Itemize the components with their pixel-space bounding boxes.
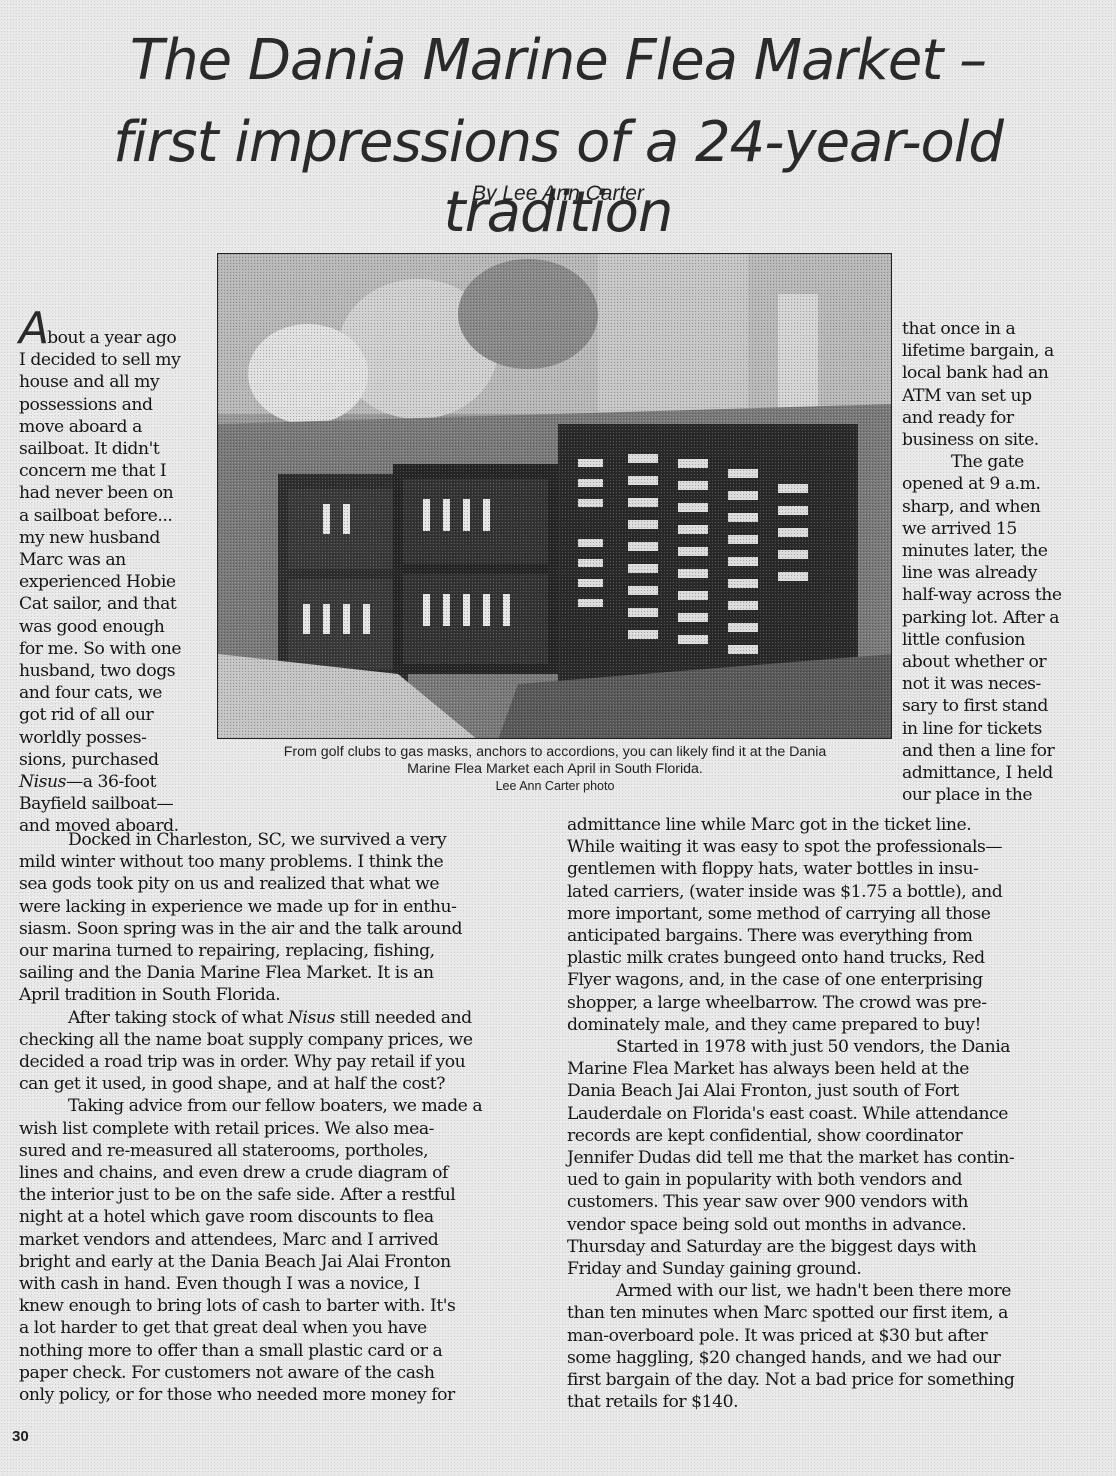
text-line: wish list complete with retail prices. W… [19, 1118, 549, 1140]
column-right-wide: admittance line while Marc got in the ti… [567, 814, 1107, 1413]
text-line: house and all my [19, 371, 219, 393]
text-line: were lacking in experience we made up fo… [19, 896, 549, 918]
text-line: bright and early at the Dania Beach Jai … [19, 1251, 549, 1273]
text-line: sailboat. It didn't [19, 438, 219, 460]
text-line: can get it used, in good shape, and at h… [19, 1073, 549, 1095]
text-line: Jennifer Dudas did tell me that the mark… [567, 1147, 1107, 1169]
text-line: opened at 9 a.m. [902, 473, 1112, 495]
text-line: with cash in hand. Even though I was a n… [19, 1273, 549, 1295]
text-line: lines and chains, and even drew a crude … [19, 1162, 549, 1184]
text-line: that retails for $140. [567, 1391, 1107, 1413]
caption-line1: From golf clubs to gas masks, anchors to… [220, 744, 890, 761]
text-line: sea gods took pity on us and realized th… [19, 873, 549, 895]
text-line: husband, two dogs [19, 660, 219, 682]
text-line: Thursday and Saturday are the biggest da… [567, 1236, 1107, 1258]
text-line: our marina turned to repairing, replacin… [19, 940, 549, 962]
text-line: in line for tickets [902, 718, 1112, 740]
text-line: local bank had an [902, 362, 1112, 384]
article-title-line2: first impressions of a 24-year-old tradi… [0, 108, 1116, 248]
text-line: lated carriers, (water inside was $1.75 … [567, 881, 1107, 903]
text-line: About a year ago [19, 314, 219, 349]
text-line: possessions and [19, 394, 219, 416]
text-line: gentlemen with floppy hats, water bottle… [567, 858, 1107, 880]
text-line: and four cats, we [19, 682, 219, 704]
text-line: for me. So with one [19, 638, 219, 660]
text-line: sary to first stand [902, 695, 1112, 717]
text-line: The gate [902, 451, 1112, 473]
text-line: first bargain of the day. Not a bad pric… [567, 1369, 1107, 1391]
text-line: Marine Flea Market has always been held … [567, 1058, 1107, 1080]
text-line: plastic milk crates bungeed onto hand tr… [567, 947, 1107, 969]
text-line: sions, purchased [19, 749, 219, 771]
text-line: shopper, a large wheelbarrow. The crowd … [567, 992, 1107, 1014]
text-line: had never been on [19, 482, 219, 504]
text-line: siasm. Soon spring was in the air and th… [19, 918, 549, 940]
photo-image [218, 254, 892, 739]
text-line: sharp, and when [902, 496, 1112, 518]
text-line: Nisus—a 36-foot [19, 771, 219, 793]
text-line: experienced Hobie [19, 571, 219, 593]
text-line: night at a hotel which gave room discoun… [19, 1206, 549, 1228]
text-line: a sailboat before... [19, 505, 219, 527]
text-line: little confusion [902, 629, 1112, 651]
text-line: was good enough [19, 616, 219, 638]
text-line: records are kept confidential, show coor… [567, 1125, 1107, 1147]
caption-line2: Marine Flea Market each April in South F… [220, 761, 890, 778]
text-line: not it was neces- [902, 673, 1112, 695]
drop-cap: A [19, 303, 47, 354]
text-line: only policy, or for those who needed mor… [19, 1384, 549, 1406]
flea-market-photo [217, 253, 892, 739]
text-line: Flyer wagons, and, in the case of one en… [567, 969, 1107, 991]
text-line: a lot harder to get that great deal when… [19, 1317, 549, 1339]
text-line: nothing more to offer than a small plast… [19, 1340, 549, 1362]
text-line: some haggling, $20 changed hands, and we… [567, 1347, 1107, 1369]
text-line: admittance line while Marc got in the ti… [567, 814, 1107, 836]
text-line: sured and re-measured all staterooms, po… [19, 1140, 549, 1162]
text-line: Docked in Charleston, SC, we survived a … [19, 829, 549, 851]
text-line: line was already [902, 562, 1112, 584]
text-line: Dania Beach Jai Alai Fronton, just south… [567, 1080, 1107, 1102]
text-line: the interior just to be on the safe side… [19, 1184, 549, 1206]
boat-name: Nisus [19, 772, 66, 792]
text-line: minutes later, the [902, 540, 1112, 562]
text-line: we arrived 15 [902, 518, 1112, 540]
text-line: decided a road trip was in order. Why pa… [19, 1051, 549, 1073]
text-line: got rid of all our [19, 704, 219, 726]
text-line: paper check. For customers not aware of … [19, 1362, 549, 1384]
text-line: Marc was an [19, 549, 219, 571]
text-line: I decided to sell my [19, 349, 219, 371]
text-line: April tradition in South Florida. [19, 984, 549, 1006]
text-line: customers. This year saw over 900 vendor… [567, 1191, 1107, 1213]
column-left-wide: Docked in Charleston, SC, we survived a … [19, 829, 549, 1406]
text-line: market vendors and attendees, Marc and I… [19, 1229, 549, 1251]
text-line: ued to gain in popularity with both vend… [567, 1169, 1107, 1191]
text-line: more important, some method of carrying … [567, 903, 1107, 925]
text-line: Cat sailor, and that [19, 593, 219, 615]
text-line: Friday and Sunday gaining ground. [567, 1258, 1107, 1280]
photo-caption: From golf clubs to gas masks, anchors to… [220, 744, 890, 795]
text-line: and ready for [902, 407, 1112, 429]
text-line: business on site. [902, 429, 1112, 451]
text-line: dominately male, and they came prepared … [567, 1014, 1107, 1036]
column-left-narrow: About a year ago I decided to sell my ho… [19, 314, 219, 838]
text-line: admittance, I held [902, 762, 1112, 784]
text-line: than ten minutes when Marc spotted our f… [567, 1302, 1107, 1324]
text-line: checking all the name boat supply compan… [19, 1029, 549, 1051]
text-line: that once in a [902, 318, 1112, 340]
page-number: 30 [12, 1428, 29, 1445]
text-line: move aboard a [19, 416, 219, 438]
text-line: Taking advice from our fellow boaters, w… [19, 1095, 549, 1117]
text-line: While waiting it was easy to spot the pr… [567, 836, 1107, 858]
text-line: man-overboard pole. It was priced at $30… [567, 1325, 1107, 1347]
text-line: sailing and the Dania Marine Flea Market… [19, 962, 549, 984]
text-line: about whether or [902, 651, 1112, 673]
text-line: Lauderdale on Florida's east coast. Whil… [567, 1103, 1107, 1125]
photo-credit: Lee Ann Carter photo [220, 778, 890, 795]
text-line: vendor space being sold out months in ad… [567, 1214, 1107, 1236]
text-line: worldly posses- [19, 727, 219, 749]
text-line: ATM van set up [902, 385, 1112, 407]
text-line: Bayfield sailboat— [19, 793, 219, 815]
text-line: Armed with our list, we hadn't been ther… [567, 1280, 1107, 1302]
text-line: After taking stock of what Nisus still n… [19, 1007, 549, 1029]
column-right-narrow: that once in a lifetime bargain, a local… [902, 318, 1112, 806]
text-line: anticipated bargains. There was everythi… [567, 925, 1107, 947]
article-title-line1: The Dania Marine Flea Market – [0, 26, 1116, 96]
byline: By Lee Ann Carter [0, 182, 1116, 206]
boat-name: Nisus [288, 1008, 335, 1028]
text-line: our place in the [902, 784, 1112, 806]
text-line: lifetime bargain, a [902, 340, 1112, 362]
text-line: parking lot. After a [902, 607, 1112, 629]
text-line: and then a line for [902, 740, 1112, 762]
text-line: mild winter without too many problems. I… [19, 851, 549, 873]
text-line: Started in 1978 with just 50 vendors, th… [567, 1036, 1107, 1058]
text-line: concern me that I [19, 460, 219, 482]
text-line: half-way across the [902, 584, 1112, 606]
text-line: my new husband [19, 527, 219, 549]
text-line: knew enough to bring lots of cash to bar… [19, 1295, 549, 1317]
